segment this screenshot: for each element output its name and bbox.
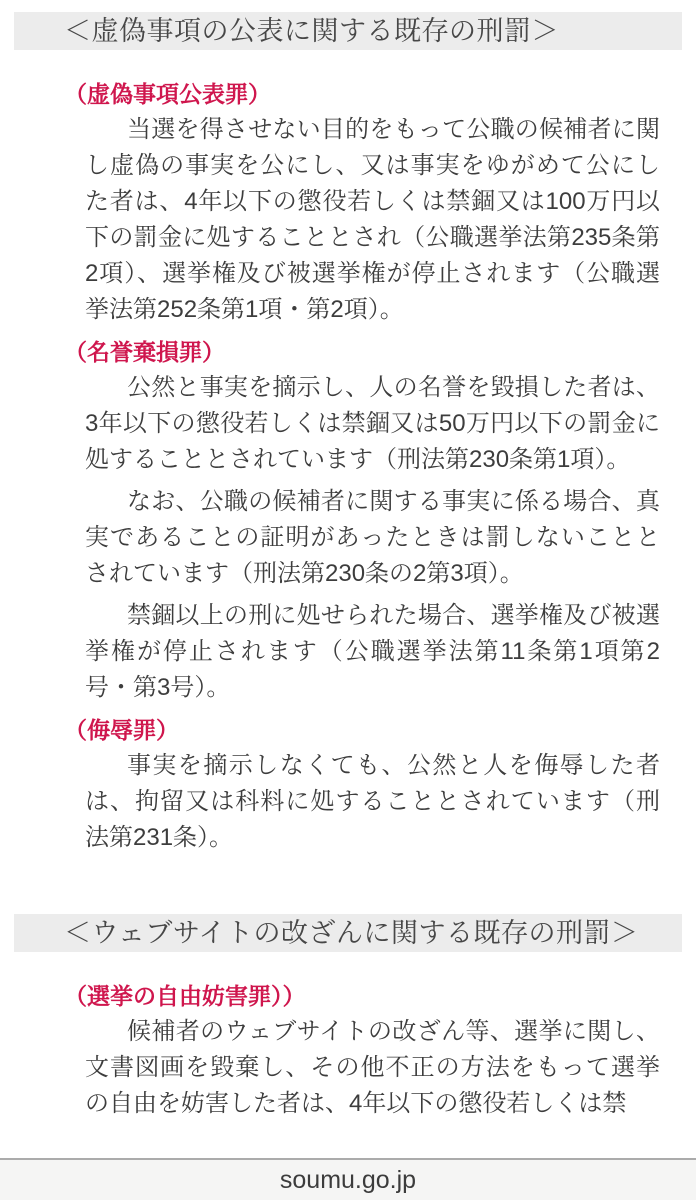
section-false-publication-penalties: ＜虚偽事項の公表に関する既存の刑罰＞ （虚偽事項公表罪） 当選を得させない目的を…: [0, 12, 696, 856]
legal-paragraph: 当選を得させない目的をもって公職の候補者に関し虚偽の事実を公にし、又は事実をゆが…: [85, 112, 660, 328]
legal-paragraph: 候補者のウェブサイトの改ざん等、選挙に関し、文書図画を毀棄し、その他不正の方法を…: [85, 1014, 660, 1122]
penalties-document-page: ＜虚偽事項の公表に関する既存の刑罰＞ （虚偽事項公表罪） 当選を得させない目的を…: [0, 0, 696, 1200]
legal-paragraph: なお、公職の候補者に関する事実に係る場合、真実であることの証明があったときは罰し…: [85, 484, 660, 592]
offense-heading-false-statement-publication: （虚偽事項公表罪）: [64, 76, 696, 112]
section-header-bar: ＜虚偽事項の公表に関する既存の刑罰＞: [14, 12, 682, 50]
offense-heading-defamation: （名誉棄損罪）: [64, 334, 696, 370]
section-header-bar: ＜ウェブサイトの改ざんに関する既存の刑罰＞: [14, 914, 682, 952]
legal-paragraph: 事実を摘示しなくても、公然と人を侮辱した者は、拘留又は科料に処することとされてい…: [85, 748, 660, 856]
source-domain-link[interactable]: soumu.go.jp: [280, 1166, 416, 1195]
document-content: ＜虚偽事項の公表に関する既存の刑罰＞ （虚偽事項公表罪） 当選を得させない目的を…: [0, 0, 696, 1158]
source-footer: soumu.go.jp: [0, 1158, 696, 1200]
offense-heading-insult: （侮辱罪）: [64, 712, 696, 748]
section-website-tampering-penalties: ＜ウェブサイトの改ざんに関する既存の刑罰＞ （選挙の自由妨害罪）） 候補者のウェ…: [0, 914, 696, 1122]
section-header-text: ＜虚偽事項の公表に関する既存の刑罰＞: [64, 16, 559, 46]
legal-paragraph: 禁錮以上の刑に処せられた場合、選挙権及び被選挙権が停止されます（公職選挙法第11…: [85, 598, 660, 706]
section-header-text: ＜ウェブサイトの改ざんに関する既存の刑罰＞: [64, 918, 639, 948]
offense-heading-election-obstruction: （選挙の自由妨害罪））: [64, 978, 696, 1014]
legal-paragraph: 公然と事実を摘示し、人の名誉を毀損した者は、3年以下の懲役若しくは禁錮又は50万…: [85, 370, 660, 478]
